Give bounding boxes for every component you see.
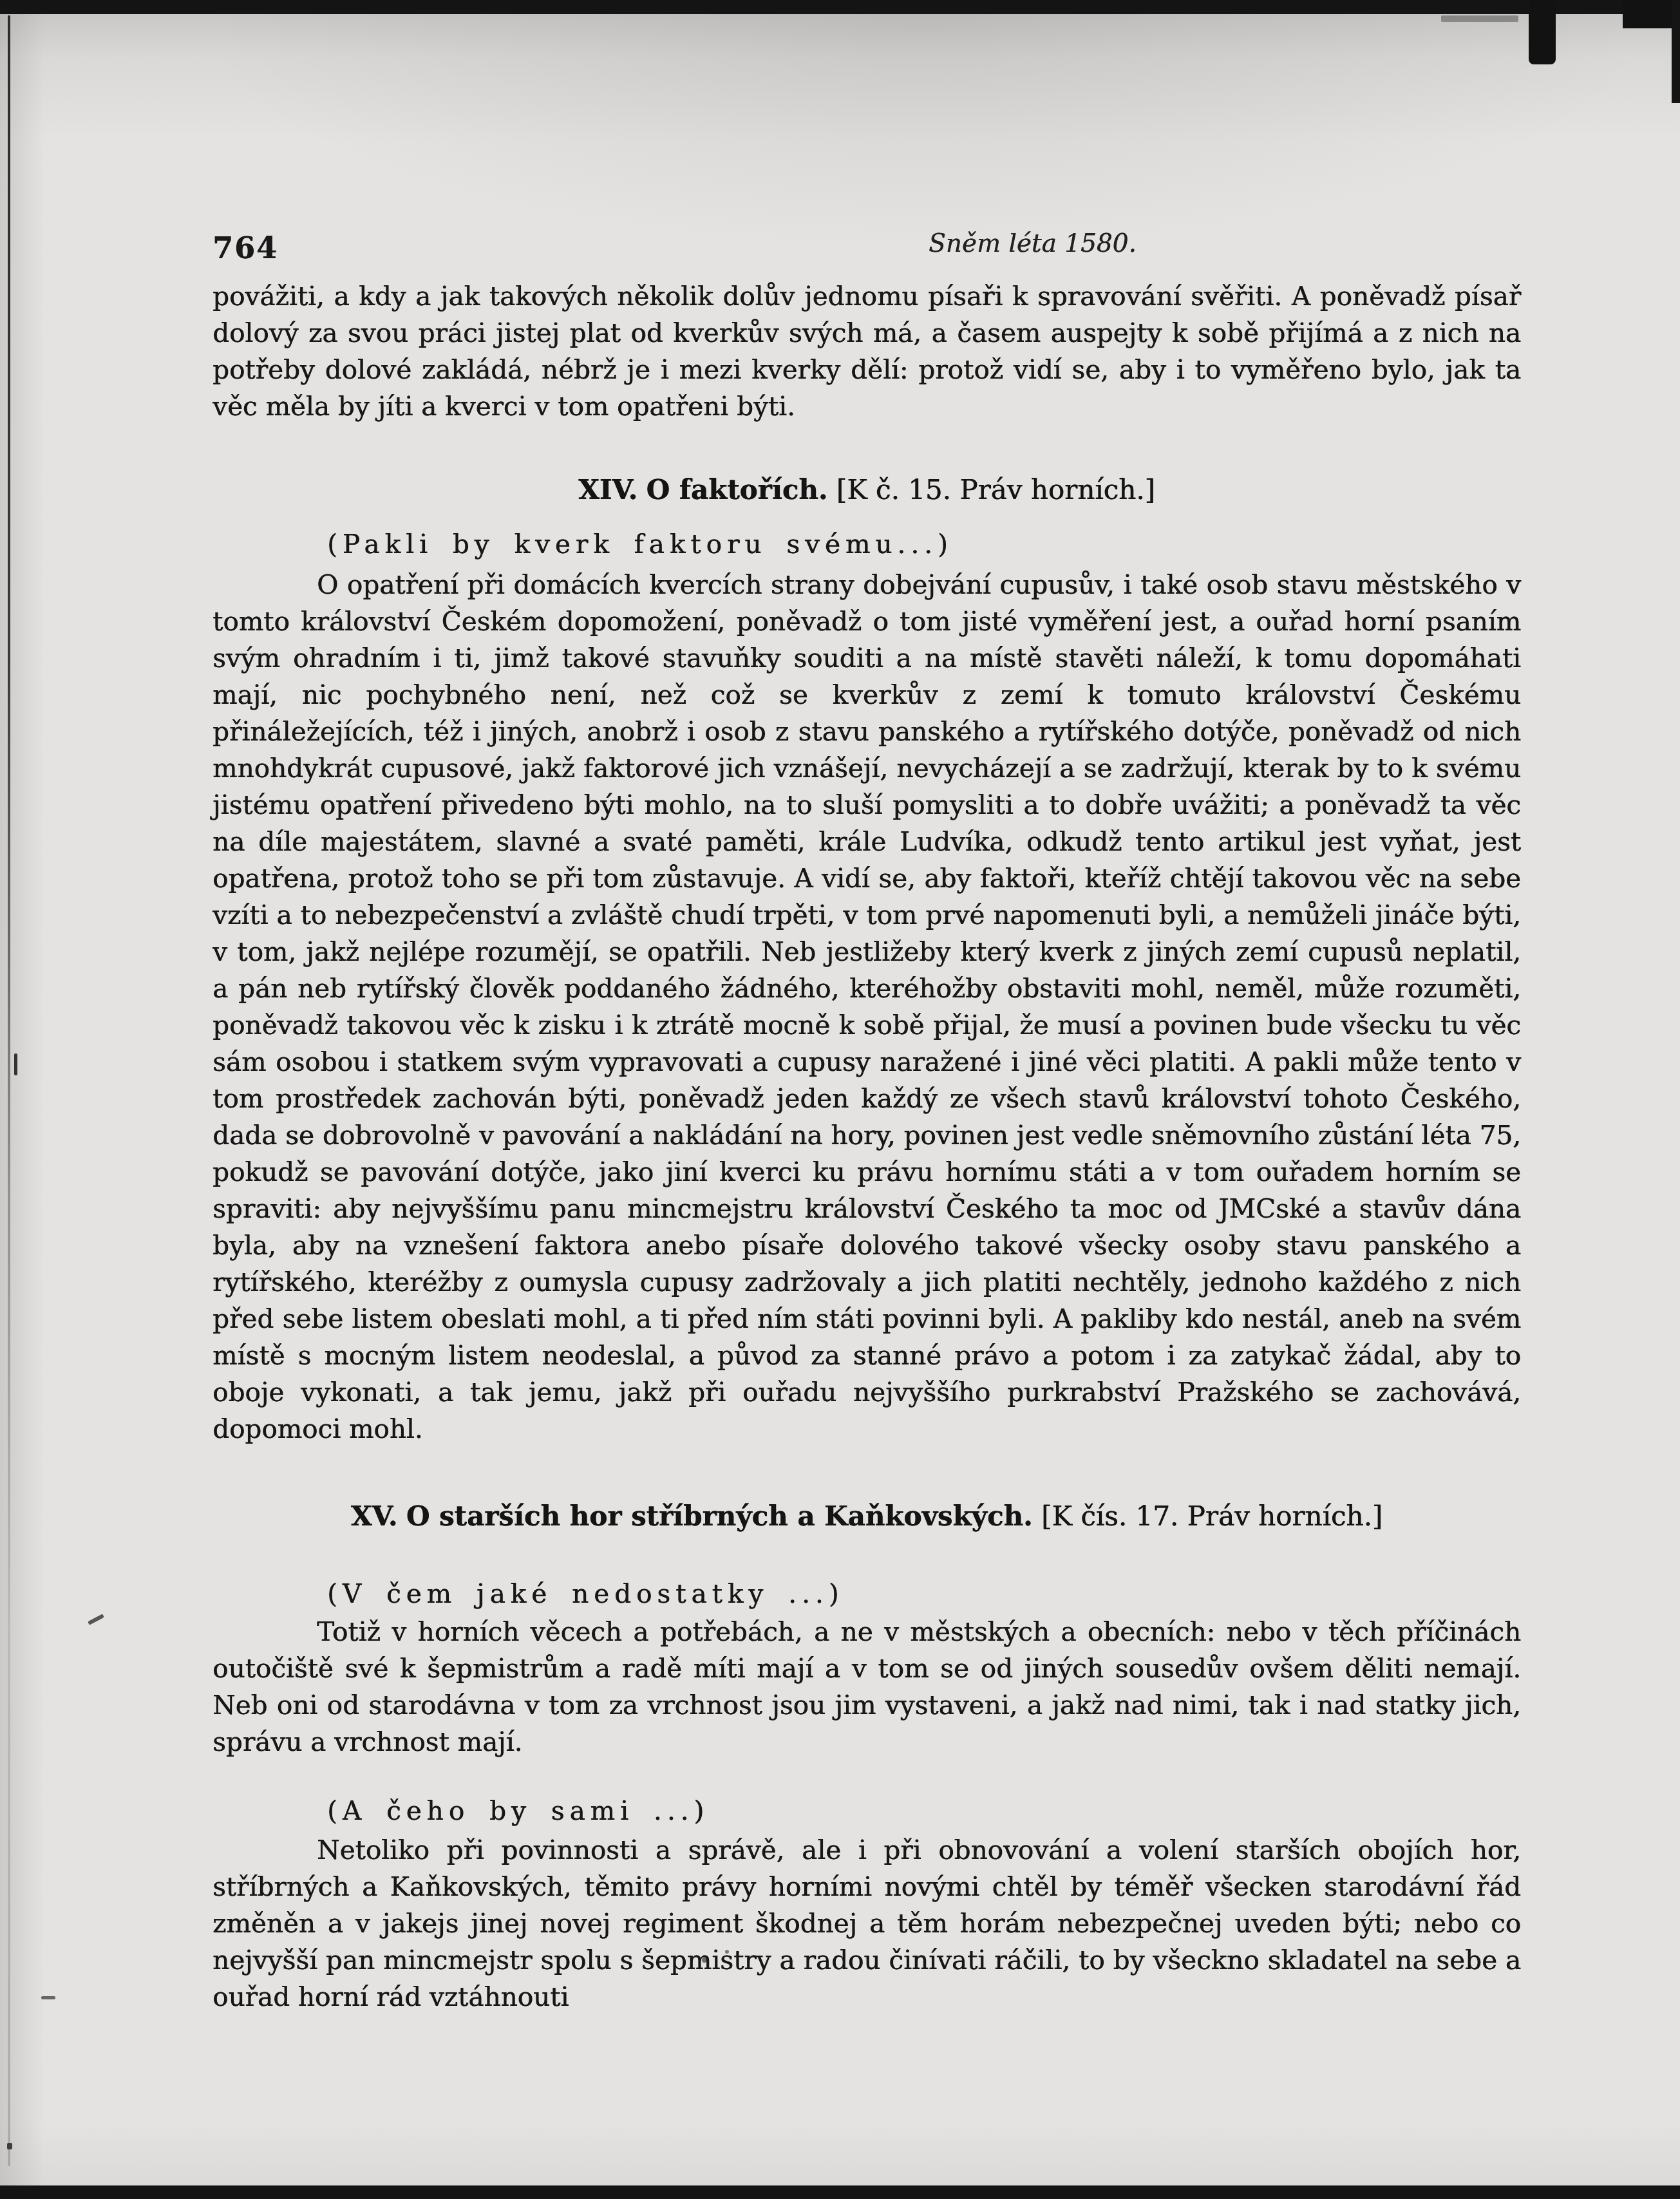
scan-top-bar xyxy=(0,0,1680,14)
running-title: Sněm léta 1580. xyxy=(929,229,1137,258)
section-number: XV. xyxy=(351,1500,397,1532)
scan-speck xyxy=(1441,15,1518,22)
page-number: 764 xyxy=(212,231,278,265)
article-cue: (V čem jaké nedostatky ...) xyxy=(327,1576,1521,1612)
page-text-block: povážiti, a kdy a jak takových několik d… xyxy=(212,278,1521,2015)
article-cue: (Pakli by kverk faktoru svému...) xyxy=(327,526,1521,563)
section-reference: [K č. 15. Práv horních.] xyxy=(836,474,1155,505)
section-title: O starších hor stříbrných a Kaňkovských. xyxy=(406,1500,1033,1532)
section-number: XIV. xyxy=(578,474,637,505)
article-cue: (A čeho by sami ...) xyxy=(327,1793,1521,1829)
scan-corner-artifact xyxy=(1529,0,1556,64)
binding-edge-line xyxy=(8,15,10,2166)
section-xv-body-1: Totiž v horních věcech a potřebách, a ne… xyxy=(212,1614,1521,1760)
scan-bottom-bar xyxy=(0,2185,1680,2199)
section-xiv-body: O opatření při domácích kvercích strany … xyxy=(212,567,1521,1448)
scanned-book-page: 764 Sněm léta 1580. povážiti, a kdy a ja… xyxy=(0,0,1680,2199)
section-heading-xv: XV. O starších hor stříbrných a Kaňkovsk… xyxy=(212,1498,1521,1534)
scan-speck xyxy=(41,1996,55,1999)
scan-edge-artifact xyxy=(1672,0,1680,103)
scan-speck xyxy=(7,2143,12,2149)
scan-speck xyxy=(14,1053,17,1075)
intro-paragraph: povážiti, a kdy a jak takových několik d… xyxy=(212,278,1521,425)
section-xv-body-2: Netoliko při povinnosti a správě, ale i … xyxy=(212,1832,1521,2015)
scan-speck xyxy=(88,1614,104,1625)
section-heading-xiv: XIV. O faktořích. [K č. 15. Práv horních… xyxy=(212,471,1521,508)
section-reference: [K čís. 17. Práv horních.] xyxy=(1041,1500,1383,1532)
section-title: O faktořích. xyxy=(647,474,828,505)
